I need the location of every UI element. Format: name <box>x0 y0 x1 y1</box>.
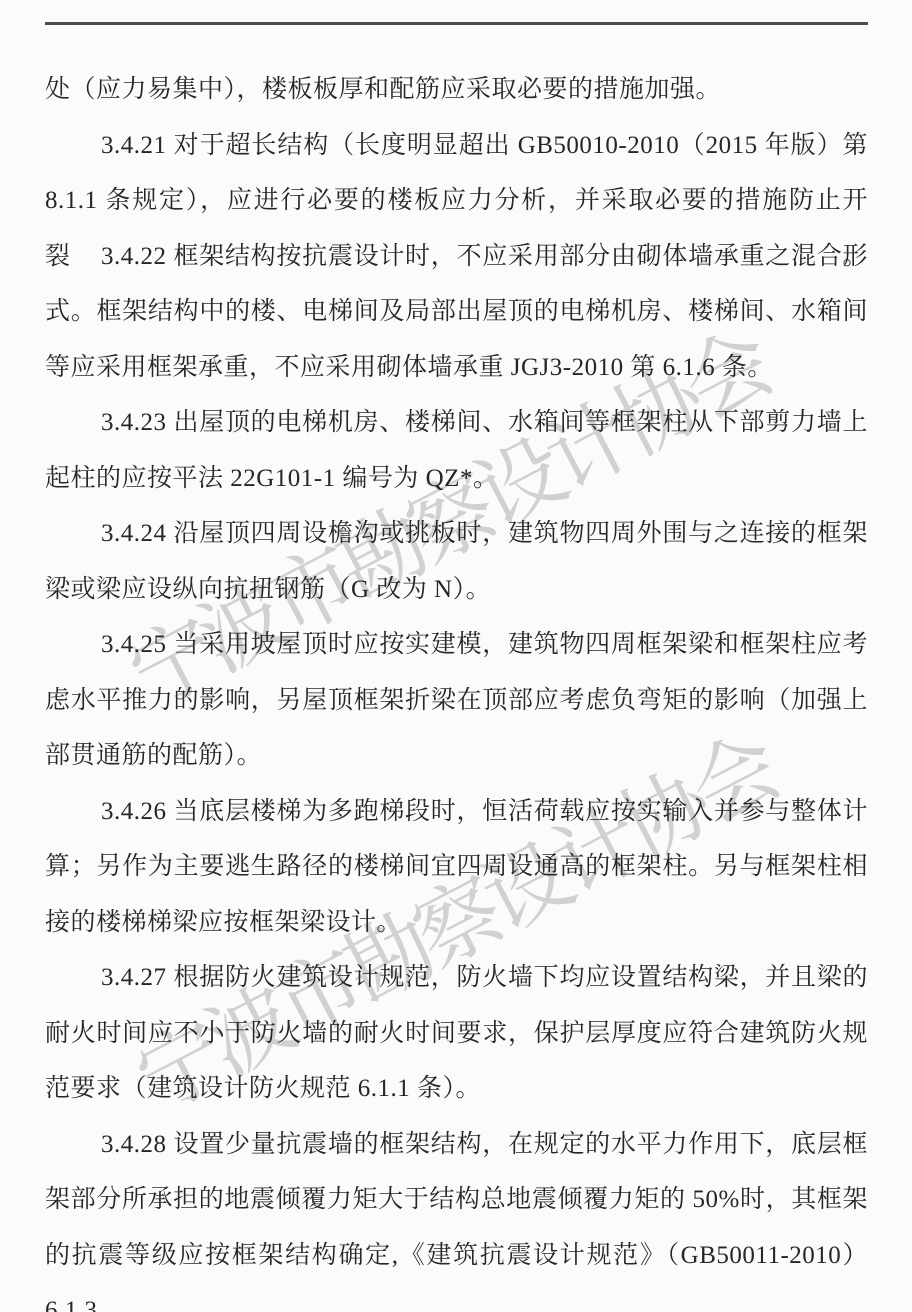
document-text: 处（应力易集中），楼板板厚和配筋应采取必要的措施加强。3.4.21 对于超长结构… <box>45 62 868 1283</box>
text-line: 8.1.1 条规定），应进行必要的楼板应力分析，并采取必要的措施防止开裂。 <box>45 173 868 229</box>
text-line: 式。框架结构中的楼、电梯间及局部出屋顶的电梯机房、楼梯间、水箱间 <box>45 284 868 340</box>
text-line: 范要求（建筑设计防火规范 6.1.1 条）。 <box>45 1061 868 1117</box>
text-line: 架部分所承担的地震倾覆力矩大于结构总地震倾覆力矩的 50%时，其框架 <box>45 1172 868 1228</box>
top-rule <box>45 22 868 25</box>
text-line: 3.4.21 对于超长结构（长度明显超出 GB50010-2010（2015 年… <box>45 118 868 174</box>
document-page: 宁波市勘察设计协会 宁波市勘察设计协会 处（应力易集中），楼板板厚和配筋应采取必… <box>0 0 912 1312</box>
text-line: 耐火时间应不小于防火墙的耐火时间要求，保护层厚度应符合建筑防火规 <box>45 1006 868 1062</box>
text-line: 3.4.25 当采用坡屋顶时应按实建模，建筑物四周框架梁和框架柱应考 <box>45 617 868 673</box>
text-line: 等应采用框架承重，不应采用砌体墙承重 JGJ3-2010 第 6.1.6 条。 <box>45 340 868 396</box>
text-line: 3.4.22 框架结构按抗震设计时，不应采用部分由砌体墙承重之混合形 <box>45 229 868 285</box>
text-line: 3.4.27 根据防火建筑设计规范，防火墙下均应设置结构梁，并且梁的 <box>45 950 868 1006</box>
text-line: 梁或梁应设纵向抗扭钢筋（G 改为 N）。 <box>45 562 868 618</box>
text-line: 3.4.28 设置少量抗震墙的框架结构，在规定的水平力作用下，底层框 <box>45 1117 868 1173</box>
text-line: 虑水平推力的影响，另屋顶框架折梁在顶部应考虑负弯矩的影响（加强上 <box>45 673 868 729</box>
text-line: 接的楼梯梯梁应按框架梁设计。 <box>45 895 868 951</box>
text-line: 的抗震等级应按框架结构确定,《建筑抗震设计规范》（GB50011-2010）6.… <box>45 1228 868 1284</box>
text-line: 3.4.26 当底层楼梯为多跑梯段时，恒活荷载应按实输入并参与整体计 <box>45 784 868 840</box>
text-line: 处（应力易集中），楼板板厚和配筋应采取必要的措施加强。 <box>45 62 868 118</box>
text-line: 起柱的应按平法 22G101-1 编号为 QZ*。 <box>45 451 868 507</box>
text-line: 3.4.23 出屋顶的电梯机房、楼梯间、水箱间等框架柱从下部剪力墙上 <box>45 395 868 451</box>
text-line: 算；另作为主要逃生路径的楼梯间宜四周设通高的框架柱。另与框架柱相 <box>45 839 868 895</box>
text-line: 3.4.24 沿屋顶四周设檐沟或挑板时，建筑物四周外围与之连接的框架 <box>45 506 868 562</box>
text-line: 部贯通筋的配筋）。 <box>45 728 868 784</box>
